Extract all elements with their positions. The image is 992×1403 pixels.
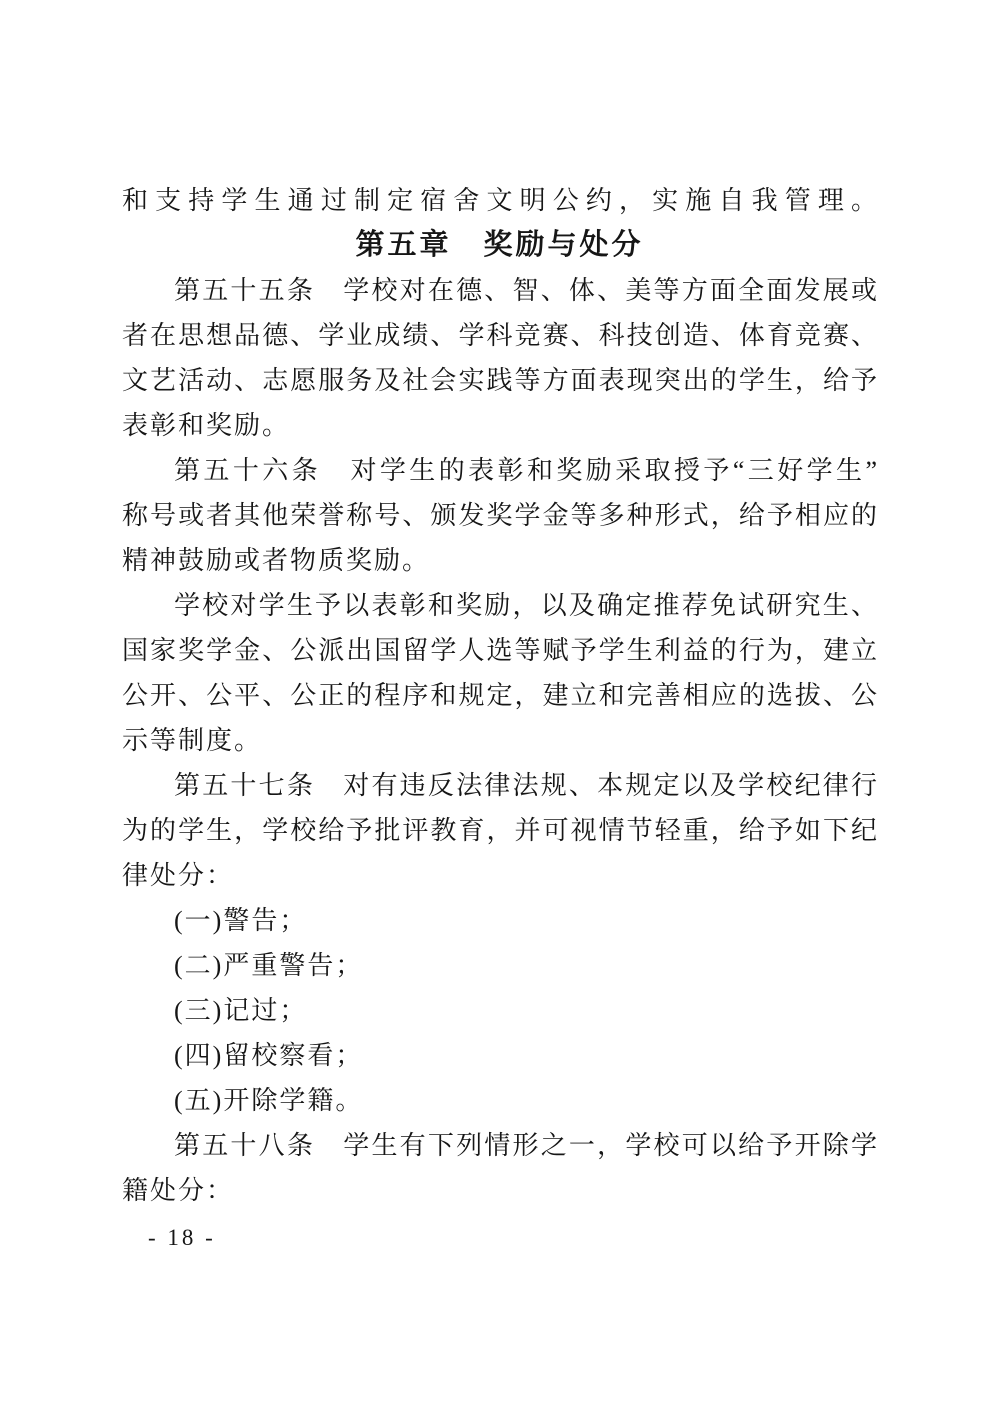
text-line: 文艺活动、志愿服务及社会实践等方面表现突出的学生，给予 xyxy=(122,358,877,403)
text-line: 表彰和奖励。 xyxy=(122,403,877,448)
text-line: 国家奖学金、公派出国留学人选等赋予学生利益的行为，建立 xyxy=(122,628,877,673)
page-number: - 18 - xyxy=(148,1222,216,1254)
text-line: (一)警告； xyxy=(122,898,877,943)
text-line: 和支持学生通过制定宿舍文明公约，实施自我管理。 xyxy=(122,178,877,223)
text-line: 第五十八条 学生有下列情形之一，学校可以给予开除学 xyxy=(122,1123,877,1168)
document-page: 和支持学生通过制定宿舍文明公约，实施自我管理。第五章 奖励与处分第五十五条 学校… xyxy=(0,0,992,1403)
text-line: 为的学生，学校给予批评教育，并可视情节轻重，给予如下纪 xyxy=(122,808,877,853)
text-line: 第五十六条 对学生的表彰和奖励采取授予“三好学生” xyxy=(122,448,877,493)
text-line: 称号或者其他荣誉称号、颁发奖学金等多种形式，给予相应的 xyxy=(122,493,877,538)
text-line: 律处分： xyxy=(122,853,877,898)
text-line: 者在思想品德、学业成绩、学科竞赛、科技创造、体育竞赛、 xyxy=(122,313,877,358)
text-line: (五)开除学籍。 xyxy=(122,1078,877,1123)
text-line: (三)记过； xyxy=(122,988,877,1033)
text-line: 第五十七条 对有违反法律法规、本规定以及学校纪律行 xyxy=(122,763,877,808)
text-line: 第五十五条 学校对在德、智、体、美等方面全面发展或 xyxy=(122,268,877,313)
text-line: 精神鼓励或者物质奖励。 xyxy=(122,538,877,583)
text-line: (二)严重警告； xyxy=(122,943,877,988)
text-line: 籍处分： xyxy=(122,1168,877,1213)
text-line: (四)留校察看； xyxy=(122,1033,877,1078)
text-line: 示等制度。 xyxy=(122,718,877,763)
chapter-heading: 第五章 奖励与处分 xyxy=(122,223,877,268)
text-line: 学校对学生予以表彰和奖励，以及确定推荐免试研究生、 xyxy=(122,583,877,628)
document-body: 和支持学生通过制定宿舍文明公约，实施自我管理。第五章 奖励与处分第五十五条 学校… xyxy=(122,178,877,1213)
text-line: 公开、公平、公正的程序和规定，建立和完善相应的选拔、公 xyxy=(122,673,877,718)
